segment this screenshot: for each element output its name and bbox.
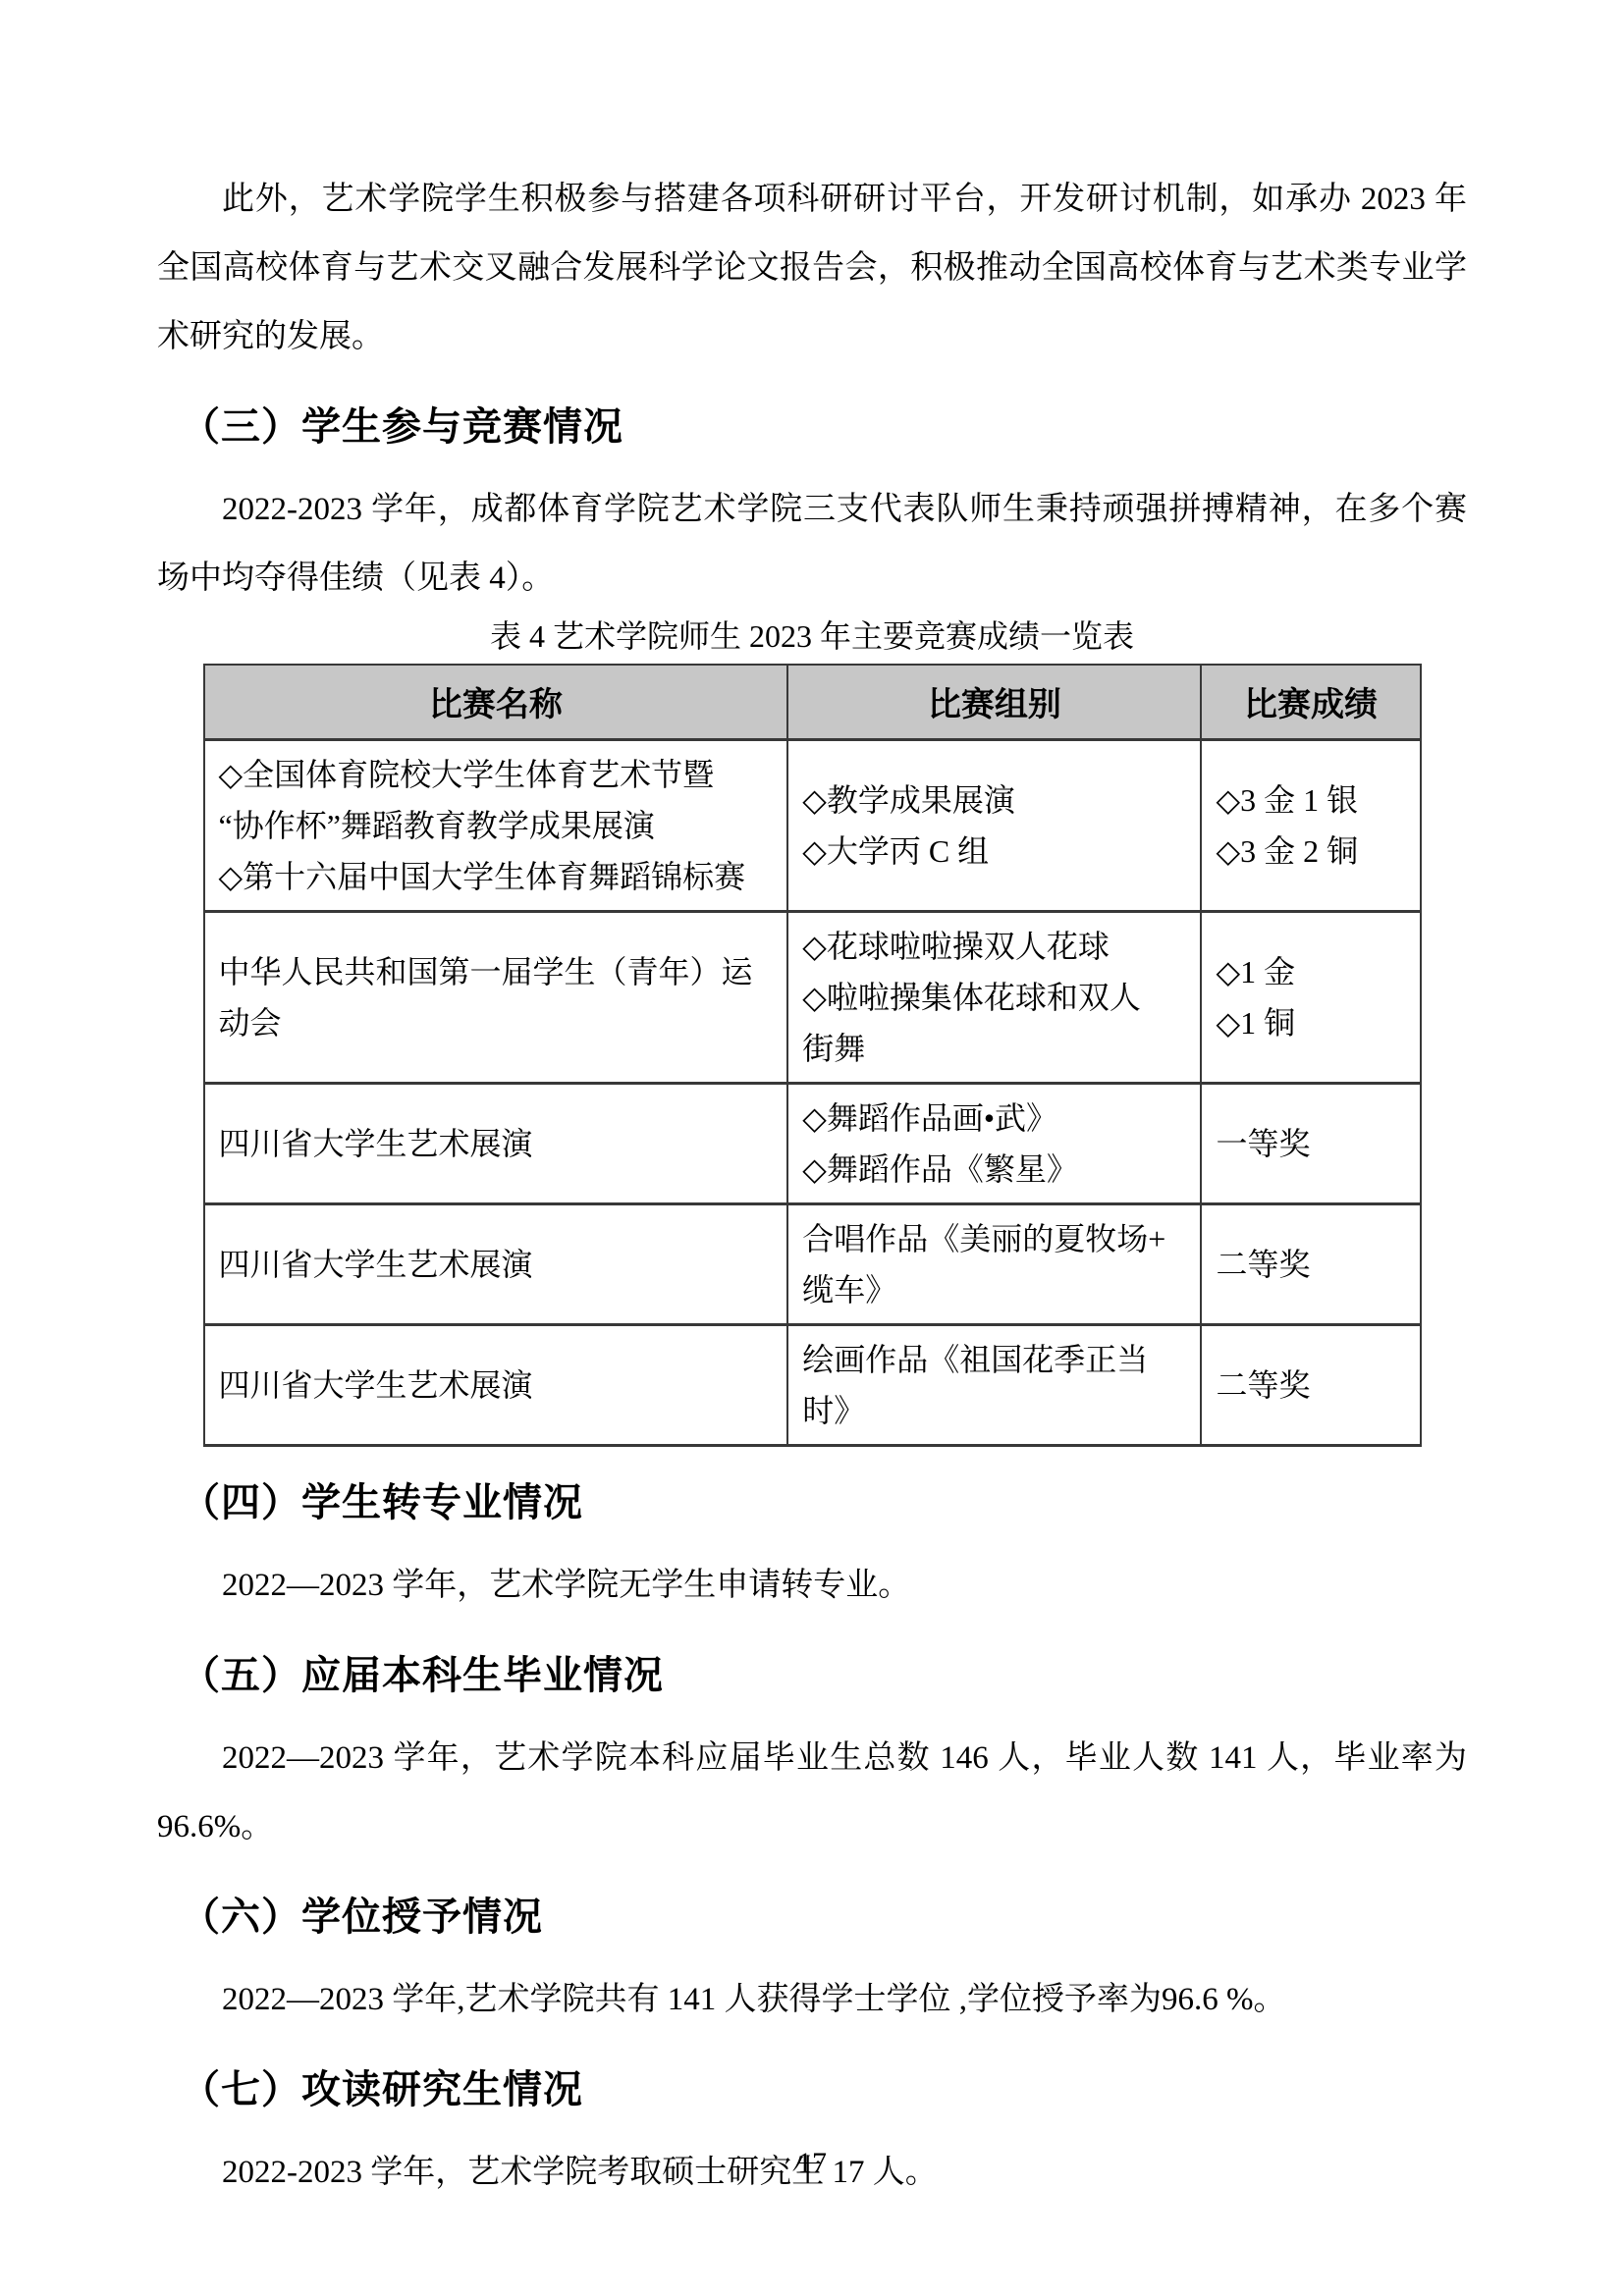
- table-cell-competition-result: 二等奖: [1201, 1203, 1420, 1324]
- section-paragraph-6: 2022—2023 学年,艺术学院共有 141 人获得学士学位 ,学位授予率为9…: [157, 1965, 1467, 2034]
- table-row: ◇全国体育院校大学生体育艺术节暨“协作杯”舞蹈教育教学成果展演◇第十六届中国大学…: [204, 739, 1421, 911]
- cell-line: 动会: [219, 997, 778, 1048]
- table-row: 四川省大学生艺术展演◇舞蹈作品画•武》◇舞蹈作品《繁星》一等奖: [204, 1083, 1421, 1203]
- cell-line: 四川省大学生艺术展演: [219, 1239, 778, 1290]
- cell-line: ◇教学成果展演: [802, 774, 1190, 826]
- cell-line: ◇1 铜: [1216, 997, 1409, 1048]
- intro-paragraph: 此外，艺术学院学生积极参与搭建各项科研研讨平台，开发研讨机制，如承办 2023 …: [157, 165, 1467, 371]
- section-postgraduate: （七）攻读研究生情况 2022-2023 学年，艺术学院考取硕士研究生 17 人…: [157, 2065, 1467, 2207]
- table-cell-competition-result: 二等奖: [1201, 1324, 1420, 1445]
- cell-line: 缆车》: [802, 1264, 1190, 1315]
- header-cell-competition-name: 比赛名称: [204, 665, 788, 739]
- section-heading-4: （四）学生转专业情况: [157, 1478, 1467, 1527]
- section-heading-3: （三）学生参与竞赛情况: [157, 402, 1467, 452]
- cell-line: 合唱作品《美丽的夏牧场+: [802, 1213, 1190, 1264]
- section-degree-award: （六）学位授予情况 2022—2023 学年,艺术学院共有 141 人获得学士学…: [157, 1893, 1467, 2034]
- cell-line: ◇1 金: [1216, 946, 1409, 997]
- cell-line: ◇全国体育院校大学生体育艺术节暨: [219, 749, 778, 800]
- table-cell-competition-name: ◇全国体育院校大学生体育艺术节暨“协作杯”舞蹈教育教学成果展演◇第十六届中国大学…: [204, 739, 788, 911]
- competition-results-table: 比赛名称 比赛组别 比赛成绩 ◇全国体育院校大学生体育艺术节暨“协作杯”舞蹈教育…: [203, 664, 1422, 1447]
- section-paragraph-5: 2022—2023 学年，艺术学院本科应届毕业生总数 146 人，毕业人数 14…: [157, 1724, 1467, 1861]
- section-heading-5: （五）应届本科生毕业情况: [157, 1651, 1467, 1700]
- cell-line: ◇啦啦操集体花球和双人: [802, 972, 1190, 1023]
- cell-line: 绘画作品《祖国花季正当: [802, 1334, 1190, 1385]
- page-number: 17: [0, 2147, 1624, 2180]
- table-cell-competition-name: 四川省大学生艺术展演: [204, 1083, 788, 1203]
- cell-line: 时》: [802, 1385, 1190, 1436]
- cell-line: ◇舞蹈作品《繁星》: [802, 1144, 1190, 1195]
- table-row: 四川省大学生艺术展演合唱作品《美丽的夏牧场+缆车》二等奖: [204, 1203, 1421, 1324]
- table-cell-competition-name: 四川省大学生艺术展演: [204, 1203, 788, 1324]
- table-cell-competition-group: ◇舞蹈作品画•武》◇舞蹈作品《繁星》: [787, 1083, 1201, 1203]
- header-cell-competition-group: 比赛组别: [787, 665, 1201, 739]
- table-cell-competition-group: ◇花球啦啦操双人花球◇啦啦操集体花球和双人街舞: [787, 911, 1201, 1083]
- section-competition: （三）学生参与竞赛情况 2022-2023 学年，成都体育学院艺术学院三支代表队…: [157, 402, 1467, 613]
- cell-line: 中华人民共和国第一届学生（青年）运: [219, 946, 778, 997]
- section-major-transfer: （四）学生转专业情况 2022—2023 学年，艺术学院无学生申请转专业。: [157, 1478, 1467, 1620]
- section-paragraph-4: 2022—2023 学年，艺术学院无学生申请转专业。: [157, 1551, 1467, 1620]
- table-row: 四川省大学生艺术展演绘画作品《祖国花季正当时》二等奖: [204, 1324, 1421, 1445]
- cell-line: 四川省大学生艺术展演: [219, 1118, 778, 1169]
- table-cell-competition-group: 绘画作品《祖国花季正当时》: [787, 1324, 1201, 1445]
- table-cell-competition-name: 中华人民共和国第一届学生（青年）运动会: [204, 911, 788, 1083]
- cell-line: ◇第十六届中国大学生体育舞蹈锦标赛: [219, 851, 778, 902]
- section-heading-7: （七）攻读研究生情况: [157, 2065, 1467, 2114]
- cell-line: 四川省大学生艺术展演: [219, 1360, 778, 1411]
- cell-line: ◇舞蹈作品画•武》: [802, 1093, 1190, 1144]
- table-cell-competition-name: 四川省大学生艺术展演: [204, 1324, 788, 1445]
- section-heading-6: （六）学位授予情况: [157, 1893, 1467, 1942]
- table-cell-competition-result: ◇1 金◇1 铜: [1201, 911, 1420, 1083]
- section-graduation: （五）应届本科生毕业情况 2022—2023 学年，艺术学院本科应届毕业生总数 …: [157, 1651, 1467, 1861]
- cell-line: 一等奖: [1216, 1118, 1409, 1169]
- cell-line: ◇花球啦啦操双人花球: [802, 921, 1190, 972]
- document-page: 此外，艺术学院学生积极参与搭建各项科研研讨平台，开发研讨机制，如承办 2023 …: [0, 0, 1624, 2296]
- cell-line: 二等奖: [1216, 1360, 1409, 1411]
- table-cell-competition-group: 合唱作品《美丽的夏牧场+缆车》: [787, 1203, 1201, 1324]
- section-paragraph-3: 2022-2023 学年，成都体育学院艺术学院三支代表队师生秉持顽强拼搏精神，在…: [157, 475, 1467, 613]
- cell-line: ◇3 金 2 铜: [1216, 826, 1409, 877]
- table-caption: 表 4 艺术学院师生 2023 年主要竞赛成绩一览表: [157, 614, 1467, 658]
- table-cell-competition-group: ◇教学成果展演◇大学丙 C 组: [787, 739, 1201, 911]
- header-cell-competition-result: 比赛成绩: [1201, 665, 1420, 739]
- table-row: 中华人民共和国第一届学生（青年）运动会◇花球啦啦操双人花球◇啦啦操集体花球和双人…: [204, 911, 1421, 1083]
- cell-line: ◇3 金 1 银: [1216, 774, 1409, 826]
- table-body: ◇全国体育院校大学生体育艺术节暨“协作杯”舞蹈教育教学成果展演◇第十六届中国大学…: [204, 739, 1421, 1445]
- table-header-row: 比赛名称 比赛组别 比赛成绩: [204, 665, 1421, 739]
- cell-line: “协作杯”舞蹈教育教学成果展演: [219, 800, 778, 851]
- cell-line: 二等奖: [1216, 1239, 1409, 1290]
- cell-line: ◇大学丙 C 组: [802, 826, 1190, 877]
- table-cell-competition-result: 一等奖: [1201, 1083, 1420, 1203]
- table-cell-competition-result: ◇3 金 1 银◇3 金 2 铜: [1201, 739, 1420, 911]
- cell-line: 街舞: [802, 1023, 1190, 1074]
